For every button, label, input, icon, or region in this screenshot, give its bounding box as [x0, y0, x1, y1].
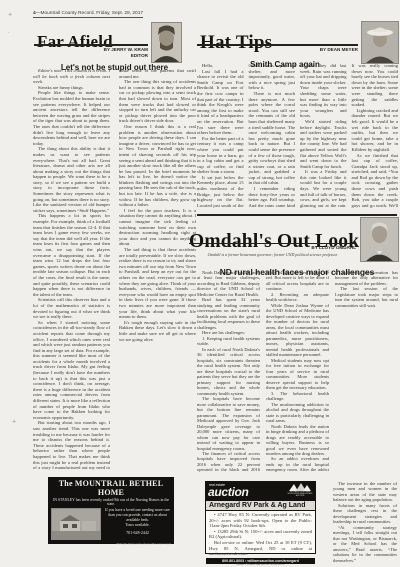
paragraph: • 4747 Hwy 85 N: Currently operated as R… — [209, 512, 312, 529]
omdahl-tail-paragraphs: The increase in the number of young men … — [333, 481, 397, 563]
auction-ad-legal: Williams & Williams Mktg Svcs Inc. ND RE… — [206, 564, 315, 567]
page-folio: 4—Mountrail County Record, Friday, Sept.… — [33, 11, 143, 18]
paragraph: The last session of the Legislature took… — [335, 286, 398, 308]
paragraph: “At community strategy meetings, I tell … — [333, 525, 397, 563]
paragraph: Scientists call this observer bias and a… — [33, 297, 110, 319]
byline-role: EDITOR — [131, 53, 148, 58]
paragraph: Brad has spent 32 years studying and lea… — [197, 297, 260, 330]
folio-text: —Mountrail County Record, Friday, Sept. … — [36, 11, 143, 16]
paragraph: The one thing this string of accidents h… — [119, 79, 196, 124]
bethel-ad-title: The MOUNTRAIL BETHEL HOME — [51, 479, 171, 497]
paragraph: 3. The behavioral health challenge. — [266, 391, 329, 402]
paragraph: Solutions in many facets of these challe… — [333, 503, 397, 525]
newspaper-page: + · + 4—Mountrail County Record, Friday,… — [0, 0, 400, 567]
registration-mark: + — [8, 12, 12, 18]
omdahl-article-body: North Dakota rural health faces at least… — [197, 270, 398, 478]
paragraph: The mushrooming addiction to alcohol and… — [266, 402, 329, 424]
paragraph: People like things to make sense. Evolut… — [33, 90, 110, 146]
paragraph: One reason I think this is a real proble… — [119, 124, 196, 208]
paragraph: The sad thing is that these accidents ar… — [119, 247, 196, 320]
bethel-home-building-photo — [51, 508, 101, 540]
paragraph: North Dakota rural health faces at least… — [197, 270, 260, 297]
dean-meyer-portrait-photo — [361, 21, 399, 64]
editors-note: Editor's note: This column is a rerun. I… — [33, 68, 110, 85]
auction-ad-headline: Arnegard RV Park & Ag Land — [206, 501, 315, 511]
far-afield-rule — [34, 44, 148, 46]
auction-logo-line2: WORLDWIDE REAL ESTATE AUCTION — [287, 493, 313, 497]
portrait-face-icon — [152, 23, 181, 62]
paragraph: North Dakota leads the nation in binge d… — [266, 424, 329, 457]
hat-tips-byline: BY DEAN MEYER — [197, 47, 358, 53]
portrait-face-icon — [361, 218, 398, 261]
bethel-ad-subtitle: IN STANLEY has been recently ranked 9th … — [51, 498, 171, 506]
paragraph: I feel for the poor truckers. It is a si… — [119, 208, 196, 247]
hat-tips-paragraphs: Hello,Last fall I had a chance to revisi… — [197, 63, 400, 213]
omdahl-thin-rule — [189, 243, 356, 244]
paragraph: There is not much there anymore. A few p… — [249, 91, 296, 186]
byline-name: BY DEAN MEYER — [320, 47, 358, 52]
paragraph: So when I started noticing some coincide… — [33, 320, 110, 421]
paragraph: • 13285 29th St N: 150+/- acres and curr… — [209, 529, 312, 540]
auction-brand-large: auction — [208, 485, 249, 499]
paragraph: 1. Keeping rural health systems viable. — [197, 336, 260, 347]
byline-name: BY LLOYD OMDAHL — [311, 245, 356, 250]
bethel-home-ad: The MOUNTRAIL BETHEL HOME IN STANLEY has… — [48, 477, 174, 544]
mountains-logo-icon: WILLIAMS & WILLIAMS WORLDWIDE REAL ESTAT… — [287, 483, 313, 499]
far-afield-article-body: Editor's note: This column is a rerun. I… — [33, 68, 196, 473]
bethel-ad-copy: If you have a loved one needing more car… — [101, 508, 171, 540]
hat-tips-rule — [197, 44, 358, 46]
bethel-ad-body: If you have a loved one needing more car… — [104, 508, 171, 523]
omdahl-paragraphs: North Dakota rural health faces at least… — [197, 270, 398, 478]
registration-mark: + — [12, 419, 16, 425]
paragraph: It's tough enough staying safe in the Ba… — [119, 320, 196, 342]
auction-ad-masthead: real estate auction WILLIAMS & WILLIAMS … — [206, 482, 315, 501]
jerry-kram-portrait-photo — [151, 22, 182, 63]
paragraph: 2. Recruiting an adequate health workfor… — [266, 292, 329, 303]
paragraph: We'd started riding before daylight. Tru… — [300, 119, 347, 169]
far-afield-byline: BY JERRY W. KRAM EDITOR — [34, 47, 148, 58]
paragraph: The thing about this ability is that it … — [33, 146, 110, 213]
lloyd-omdahl-portrait-photo — [360, 217, 399, 262]
paragraph: Bid on-site or online: Wed Oct 25 at 10 … — [209, 540, 312, 557]
paragraph: Lightning cracked and thunder roared. Bu… — [352, 108, 399, 153]
omdahl-byline: BY LLOYD OMDAHL — [189, 245, 356, 251]
bethel-ad-tagline: Nobody takes care of you like your own! — [51, 542, 171, 546]
paragraph: Medical students may now opt for free tu… — [266, 358, 329, 391]
building-photo-icon — [52, 509, 100, 539]
paragraph: While Dean Joshua Wynne of the UND Schoo… — [266, 303, 329, 358]
bethel-ad-tours: Tours available. — [104, 523, 171, 528]
registration-mark: · — [8, 30, 10, 36]
auction-ad-details: • 4747 Hwy 85 N: Currently operated as R… — [206, 511, 315, 558]
bethel-ad-phone: 701-628-2442 — [104, 530, 171, 535]
paragraph: For the better part of a century it was … — [197, 136, 244, 175]
paragraph: The increase in the number of young men … — [333, 481, 397, 503]
hat-tips-article-body: Hello,Last fall I had a chance to revisi… — [197, 63, 398, 213]
real-estate-auction-ad: real estate auction WILLIAMS & WILLIAMS … — [205, 481, 316, 554]
byline-name: BY JERRY W. KRAM — [104, 47, 148, 52]
paragraph: This happens a lot in sports for example… — [33, 213, 110, 297]
paragraph: The hospitals have become more collabora… — [197, 396, 260, 451]
far-afield-paragraphs: Streaks are funny things.People like thi… — [33, 68, 196, 473]
paragraph: In each of rural North Dakota's 36 ident… — [197, 347, 260, 396]
cowboy-hat-portrait-icon — [362, 22, 398, 63]
omdahl-article-tail: The increase in the number of young men … — [333, 481, 397, 563]
omdahl-byline-note: Omdahl is a former lieutenant governor; … — [183, 252, 362, 257]
paragraph: Last fall I had a chance to revisit the … — [197, 69, 244, 136]
